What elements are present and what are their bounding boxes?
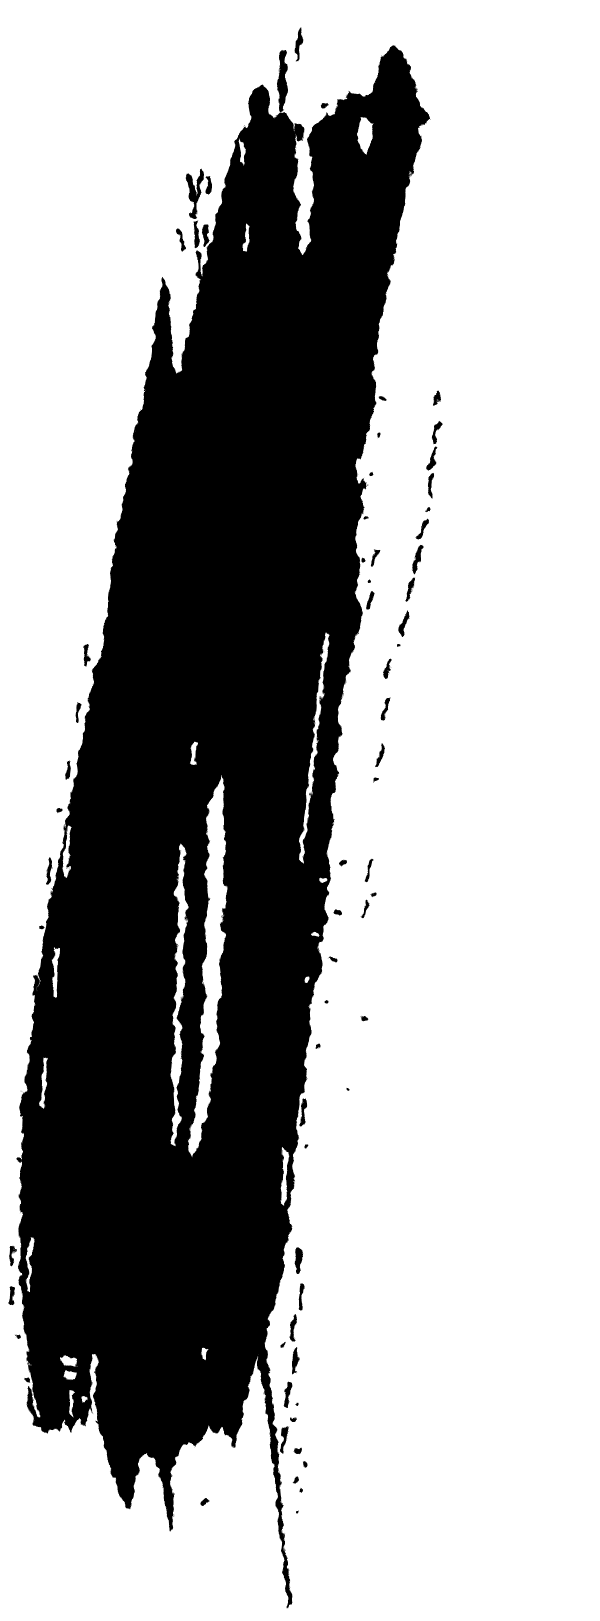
artwork-canvas — [0, 0, 600, 1621]
brush-stroke-svg — [0, 0, 600, 1621]
